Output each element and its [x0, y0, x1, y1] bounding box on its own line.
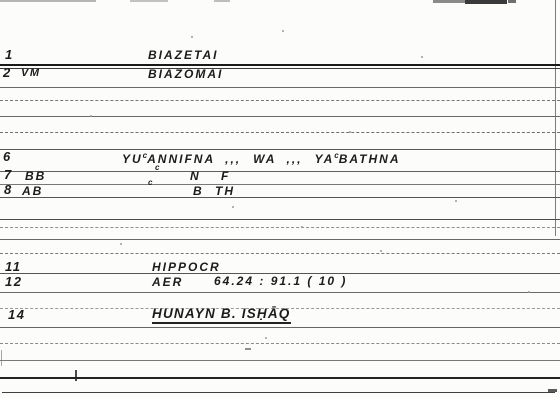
ruled-line: [0, 132, 560, 133]
scan-artifact-top-streak-2: [130, 0, 168, 2]
ruled-line: [0, 292, 560, 293]
superscript-ayn: c: [155, 163, 159, 172]
entry-letter: F: [221, 169, 230, 183]
entry-citation: 64.24 : 91.1 ( 10 ): [214, 274, 347, 288]
scan-speckle: [455, 200, 457, 202]
row-number: 7: [4, 167, 13, 182]
ruled-line: [0, 253, 560, 254]
scan-speckle: [232, 206, 234, 208]
superscript-ayn: c: [148, 178, 152, 187]
entry-text-author: HIPPOCR: [152, 260, 221, 274]
entry-label-work: AER: [152, 275, 183, 289]
scan-artifact-top-streak-3: [214, 0, 230, 2]
scan-artifact-top-left-streak: [0, 0, 96, 2]
entry-text-arabic-translit: YUcANNIFNA,,,WA,,,YAcBATHNA: [122, 152, 401, 166]
scan-speckle: [301, 226, 303, 228]
scan-speckle: [265, 337, 267, 339]
row-number: 12: [5, 274, 22, 289]
scanned-index-card: 1 BIAZETAI 2 VM BIAZOMAI 6 YUcANNIFNA,,,…: [0, 0, 560, 398]
scan-speckle: [90, 115, 92, 117]
ruled-line: [0, 68, 560, 69]
page-edge-mark-left: [1, 350, 2, 366]
scan-speckle: [282, 30, 284, 32]
row-number: 2: [3, 65, 12, 80]
scan-speckle: [380, 250, 382, 252]
scan-speckle: [120, 243, 122, 245]
scan-artifact-top-right-ticks: [508, 0, 516, 3]
scan-artifact-top-right-bar-faint: [433, 0, 466, 3]
ruled-line: [0, 343, 560, 344]
entry-label: AB: [22, 184, 43, 198]
entry-text-greek: BIAZOMAI: [148, 67, 223, 81]
scan-speckle: [191, 36, 193, 38]
ruled-line: [0, 239, 560, 240]
entry-letter: TH: [215, 184, 235, 198]
page-edge-line-right: [555, 0, 556, 236]
superscript-ayn: c: [334, 151, 338, 160]
entry-letter: B: [193, 184, 204, 198]
entry-label: VM: [21, 67, 41, 79]
ruled-line: [0, 149, 560, 150]
row-number: 14: [8, 307, 25, 322]
scan-tick-mark: [75, 370, 77, 381]
ruled-line: [0, 360, 560, 361]
ruled-line: [2, 392, 555, 393]
text-fragment: YA: [315, 152, 335, 166]
row-number: 11: [5, 259, 22, 274]
row-number: 8: [4, 182, 13, 197]
scan-speckle: [349, 131, 351, 133]
text-fragment: WA: [253, 152, 276, 166]
scan-speckle: [421, 56, 423, 58]
ruled-line: [0, 197, 560, 198]
scan-speckle: [528, 291, 530, 293]
ruled-line: [0, 64, 560, 66]
entry-letter: N: [190, 169, 201, 183]
ruled-line: [0, 377, 560, 379]
ruled-line: [0, 219, 560, 220]
ruled-line: [0, 100, 560, 101]
row-number: 1: [5, 47, 14, 62]
row-number: 6: [3, 149, 12, 164]
superscript-ayn: c: [143, 151, 147, 160]
ruled-line: [0, 87, 560, 88]
text-fragment: BATHNA: [339, 152, 401, 166]
scan-artifact-top-right-bar-dark: [465, 0, 507, 4]
ruled-line: [0, 227, 560, 228]
text-fragment: YU: [122, 152, 143, 166]
ellipsis-marks: ,,,: [286, 152, 302, 166]
ruled-line: [0, 184, 560, 185]
ruled-line: [0, 327, 560, 328]
entry-label: BB: [25, 169, 46, 183]
scan-squiggle-mark: [245, 348, 251, 350]
ruled-line: [0, 171, 560, 172]
ruled-line: [0, 116, 560, 117]
entry-text-name: HUNAYN B. ISḤĀQ: [152, 306, 291, 324]
ellipsis-marks: ,,,: [225, 152, 241, 166]
entry-text-greek: BIAZETAI: [148, 48, 218, 62]
